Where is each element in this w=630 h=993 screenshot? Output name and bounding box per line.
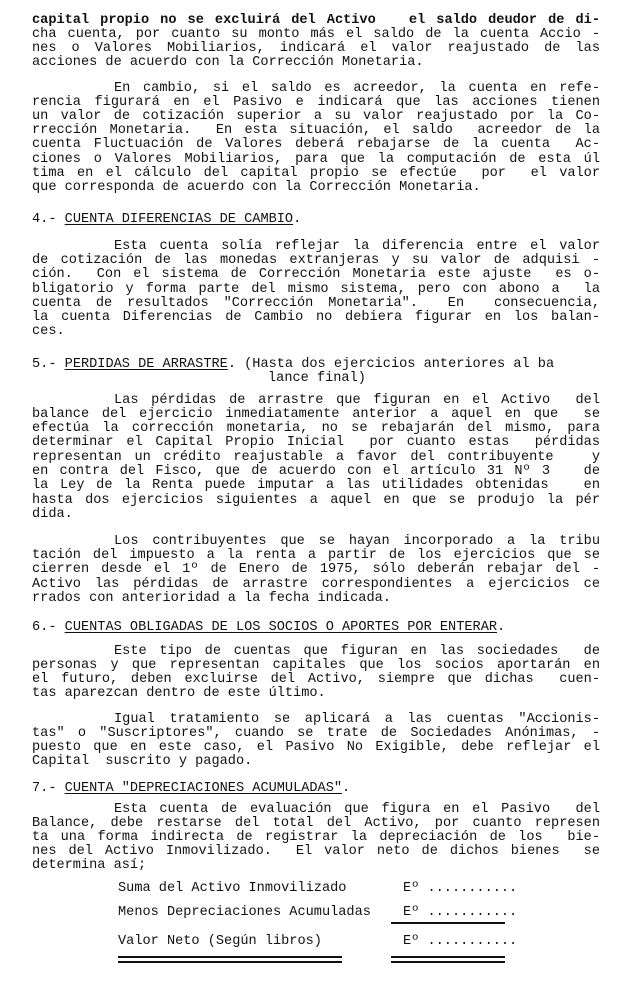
text-line: en contra del Fisco, que de acuerdo con …	[32, 465, 600, 479]
calc-label-valor-neto: Valor Neto (Según libros)	[118, 935, 322, 949]
text-line: Este tipo de cuentas que figuran en las …	[32, 645, 600, 659]
text-line: acciones de acuerdo con la Corrección Mo…	[32, 56, 600, 70]
total-rule-amount-2	[391, 961, 505, 963]
calc-amount-menos-depreciaciones: Eº ...........	[403, 906, 517, 920]
text-line: cha cuenta, por cuanto su monto más el s…	[32, 28, 600, 42]
text-line: Las pérdidas de arrastre que figuran en …	[32, 394, 600, 408]
text-line: Esta cuenta solía reflejar la diferencia…	[32, 240, 600, 254]
text-line: cuenta de resultados "Corrección Monetar…	[32, 297, 600, 311]
text-line: determina así;	[32, 859, 600, 873]
text-line: rrados con anterioridad a la fecha indic…	[32, 592, 600, 606]
section-title: CUENTA "DEPRECIACIONES ACUMULADAS"	[65, 781, 342, 796]
text-line: Esta cuenta de evaluación que figura en …	[32, 803, 600, 817]
text-line: tima en el cálculo del capital propio se…	[32, 167, 600, 181]
text-line: un valor de cotización superior a su val…	[32, 110, 600, 124]
text-line: rrección Monetaria. En esta situación, e…	[32, 124, 600, 138]
text-line: cuenta Fluctuación de Valores deberá reb…	[32, 138, 600, 152]
text-line: tas aparezcan dentro de este último.	[32, 687, 600, 701]
calc-label-suma-activo: Suma del Activo Inmovilizado	[118, 882, 346, 896]
total-rule-label-1	[118, 956, 342, 958]
section-number: 5.-	[32, 357, 56, 372]
section-title-suffix: .	[293, 212, 301, 227]
section-heading-continuation: lance final)	[268, 372, 366, 386]
text-line: puesto que en este caso, el Pasivo No Ex…	[32, 741, 600, 755]
section-number: 7.-	[32, 781, 56, 796]
text-line: representan un crédito reajustable a fav…	[32, 451, 600, 465]
text-line: hasta dos ejercicios siguientes a aquel …	[32, 494, 600, 508]
section-heading: 6.- CUENTAS OBLIGADAS DE LOS SOCIOS O AP…	[32, 621, 600, 635]
text-line: dida.	[32, 508, 600, 522]
text-line: tas" o "Suscriptores", cuando se trate d…	[32, 727, 600, 741]
text-line: balance del ejercicio inmediatamente ant…	[32, 408, 600, 422]
text-line: Activo las pérdidas de arrastre correspo…	[32, 578, 600, 592]
text-line: tación del impuesto a la renta a partir …	[32, 549, 600, 563]
text-line: ciones o Valores Mobiliarios, para que l…	[32, 153, 600, 167]
text-line: ces.	[32, 325, 600, 339]
text-line: Igual tratamiento se aplicará a las cuen…	[32, 713, 600, 727]
total-rule-amount-1	[391, 956, 505, 958]
text-line: que corresponda de acuerdo con la Correc…	[32, 181, 600, 195]
text-line: la Ley de la Renta puede imputar a las u…	[32, 479, 600, 493]
section-heading: 7.- CUENTA "DEPRECIACIONES ACUMULADAS".	[32, 782, 600, 796]
text-line: nes del Activo Inmovilizado. El valor ne…	[32, 845, 600, 859]
text-line: Balance, debe restarse del total del Act…	[32, 817, 600, 831]
text-line: ción. Con el sistema de Corrección Monet…	[32, 268, 600, 282]
section-title-suffix: . (Hasta dos ejercicios anteriores al ba	[228, 357, 554, 372]
text-line: En cambio, si el saldo es acreedor, la c…	[32, 82, 600, 96]
text-line: personas y que representan capitales que…	[32, 659, 600, 673]
section-title: PERDIDAS DE ARRASTRE	[65, 357, 228, 372]
text-line: Los contribuyentes que se hayan incorpor…	[32, 535, 600, 549]
section-title: CUENTAS OBLIGADAS DE LOS SOCIOS O APORTE…	[65, 620, 497, 635]
text-line: de cotización de las monedas extranjeras…	[32, 254, 600, 268]
text-line: nes o Valores Mobiliarios, indicará el v…	[32, 42, 600, 56]
section-heading: 5.- PERDIDAS DE ARRASTRE. (Hasta dos eje…	[32, 358, 600, 372]
section-title-suffix: .	[342, 781, 350, 796]
text-line: determinar el Capital Propio Inicial por…	[32, 436, 600, 450]
calc-amount-valor-neto: Eº ...........	[403, 935, 517, 949]
section-number: 4.-	[32, 212, 56, 227]
text-line: ta una forma indirecta de registrar la d…	[32, 831, 600, 845]
text-line: bligatorio y forma parte del mismo siste…	[32, 283, 600, 297]
section-number: 6.-	[32, 620, 56, 635]
text-line: el futuro, deben excluirse del Activo, s…	[32, 673, 600, 687]
scanned-document-page: capital propio no se excluirá del Activo…	[0, 0, 630, 993]
subtotal-rule	[391, 922, 505, 924]
calc-amount-suma-activo: Eº ...........	[403, 882, 517, 896]
total-rule-label-2	[118, 961, 342, 963]
calc-label-menos-depreciaciones: Menos Depreciaciones Acumuladas	[118, 906, 371, 920]
text-line: la cuenta Diferencias de Cambio no debie…	[32, 311, 600, 325]
text-line: rencia figurará en el Pasivo e indicará …	[32, 96, 600, 110]
text-line: cierren desde el 1º de Enero de 1975, só…	[32, 563, 600, 577]
text-line: efectúa la corrección monetaria, no se r…	[32, 422, 600, 436]
text-line: Capital suscrito y pagado.	[32, 755, 600, 769]
section-heading: 4.- CUENTA DIFERENCIAS DE CAMBIO.	[32, 213, 600, 227]
section-title-suffix: .	[497, 620, 505, 635]
text-line: capital propio no se excluirá del Activo…	[32, 14, 600, 28]
section-title: CUENTA DIFERENCIAS DE CAMBIO	[65, 212, 293, 227]
